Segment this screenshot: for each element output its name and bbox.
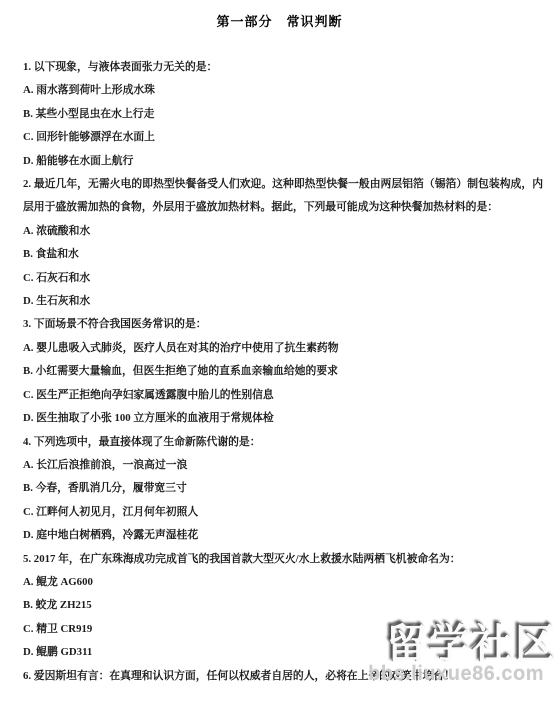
question-stem: 3. 下面场景不符合我国医务常识的是： — [23, 313, 543, 336]
question-stem: 1. 以下现象，与液体表面张力无关的是： — [23, 56, 543, 79]
question-option: D. 船能够在水面上航行 — [23, 150, 543, 173]
question-option: D. 医生抽取了小张 100 立方厘米的血液用于常规体检 — [23, 407, 543, 430]
question-list: 1. 以下现象，与液体表面张力无关的是：A. 雨水落到荷叶上形成水珠B. 某些小… — [23, 56, 543, 688]
question-stem: 5. 2017 年，在广东珠海成功完成首飞的我国首款大型灭火/水上救援水陆两栖飞… — [23, 548, 543, 571]
question-option: C. 石灰石和水 — [23, 267, 543, 290]
question-option: B. 今春，香肌消几分，履带宽三寸 — [23, 477, 543, 500]
question-option: C. 医生严正拒绝向孕妇家属透露腹中胎儿的性别信息 — [23, 384, 543, 407]
document-page: 第一部分 常识判断 1. 以下现象，与液体表面张力无关的是：A. 雨水落到荷叶上… — [0, 0, 559, 701]
question-option: D. 庭中地白树栖鸦，冷露无声湿桂花 — [23, 524, 543, 547]
question-option: A. 婴儿患吸入式肺炎，医疗人员在对其的治疗中使用了抗生素药物 — [23, 337, 543, 360]
question-option: D. 生石灰和水 — [23, 290, 543, 313]
question-stem: 4. 下列选项中，最直接体现了生命新陈代谢的是： — [23, 431, 543, 454]
question-option: A. 雨水落到荷叶上形成水珠 — [23, 79, 543, 102]
question-option: B. 某些小型昆虫在水上行走 — [23, 103, 543, 126]
question-option: C. 精卫 CR919 — [23, 618, 543, 641]
question-option: A. 浓硫酸和水 — [23, 220, 543, 243]
question-option: C. 回形针能够漂浮在水面上 — [23, 126, 543, 149]
question-option: D. 鲲鹏 GD311 — [23, 641, 543, 664]
question-option: B. 蛟龙 ZH215 — [23, 594, 543, 617]
question-option: A. 长江后浪推前浪，一浪高过一浪 — [23, 454, 543, 477]
section-title: 第一部分 常识判断 — [0, 0, 559, 30]
question-option: A. 鲲龙 AG600 — [23, 571, 543, 594]
question-stem: 2. 最近几年，无需火电的即热型快餐备受人们欢迎。这种即热型快餐一般由两层铝箔（… — [23, 173, 543, 220]
question-option: C. 江畔何人初见月，江月何年初照人 — [23, 501, 543, 524]
question-option: B. 小红需要大量输血，但医生拒绝了她的直系血亲输血给她的要求 — [23, 360, 543, 383]
question-option: B. 食盐和水 — [23, 243, 543, 266]
question-stem: 6. 爱因斯坦有言：在真理和认识方面，任何以权威者自居的人，必将在上帝的戏笑中垮… — [23, 665, 543, 688]
